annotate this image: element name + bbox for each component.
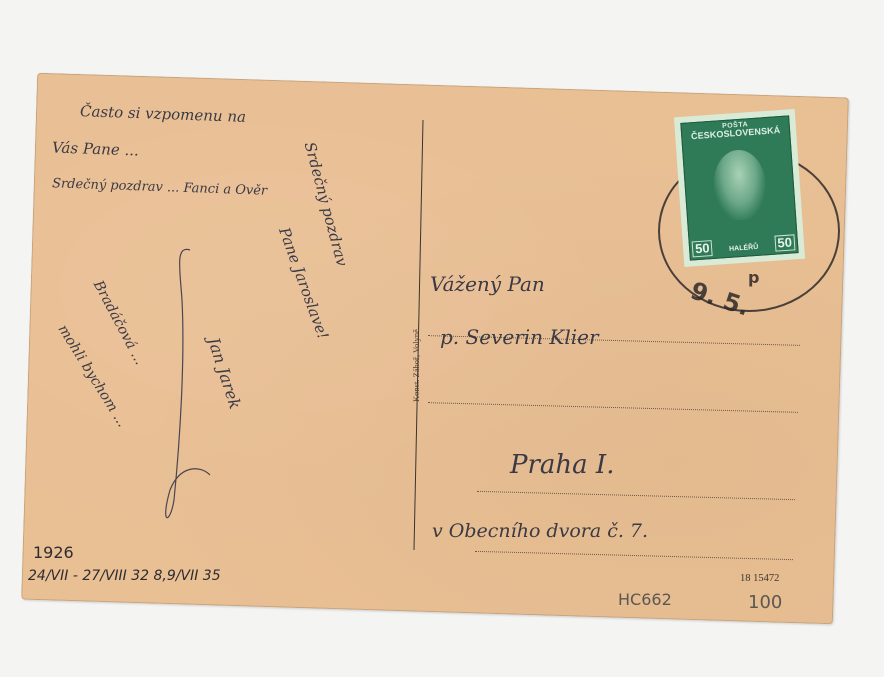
address-line-rule-3 bbox=[477, 491, 795, 500]
message-rotated-4: Bradáčová ... bbox=[90, 278, 148, 368]
serial-number: 18 15472 bbox=[740, 573, 779, 584]
message-line-3: Srdečný pozdrav ... Fanci a Ověr bbox=[52, 176, 268, 199]
postcard-content: Často si vzpomenu na Vás Pane ... Srdečn… bbox=[0, 0, 884, 677]
pencil-year: 1926 bbox=[33, 543, 74, 562]
address-salutation: Vážený Pan bbox=[430, 272, 545, 296]
message-rotated-1: Srdečný pozdrav bbox=[301, 140, 352, 268]
signature-flourish bbox=[150, 240, 230, 530]
address-line-rule-4 bbox=[475, 551, 793, 560]
postage-stamp: POŠTA ČESKOSLOVENSKÁ 50 HALÉŘŮ 50 bbox=[674, 109, 805, 267]
address-name: p. Severin Klier bbox=[440, 325, 599, 349]
stamp-value-left: 50 bbox=[692, 240, 714, 258]
message-line-1: Často si vzpomenu na bbox=[80, 102, 247, 126]
pencil-catalog-code: HC662 bbox=[618, 590, 672, 609]
printer-imprint: Konst. Záhoř, Volyně. bbox=[411, 327, 421, 402]
stamp-portrait-icon bbox=[711, 148, 768, 221]
postmark-letter: p bbox=[748, 268, 759, 287]
stamp-currency: HALÉŘŮ bbox=[729, 244, 759, 255]
pencil-price: 100 bbox=[748, 592, 782, 613]
address-line-rule-2 bbox=[428, 402, 798, 413]
message-line-2: Vás Pane ... bbox=[52, 138, 139, 159]
address-street: v Obecního dvora č. 7. bbox=[432, 520, 648, 542]
message-rotated-2: Pane Jaroslave! bbox=[275, 225, 332, 342]
pencil-dates: 24/VII - 27/VIII 32 8,9/VII 35 bbox=[28, 568, 221, 584]
address-city: Praha I. bbox=[510, 450, 614, 480]
stamp-value-right: 50 bbox=[774, 234, 796, 252]
